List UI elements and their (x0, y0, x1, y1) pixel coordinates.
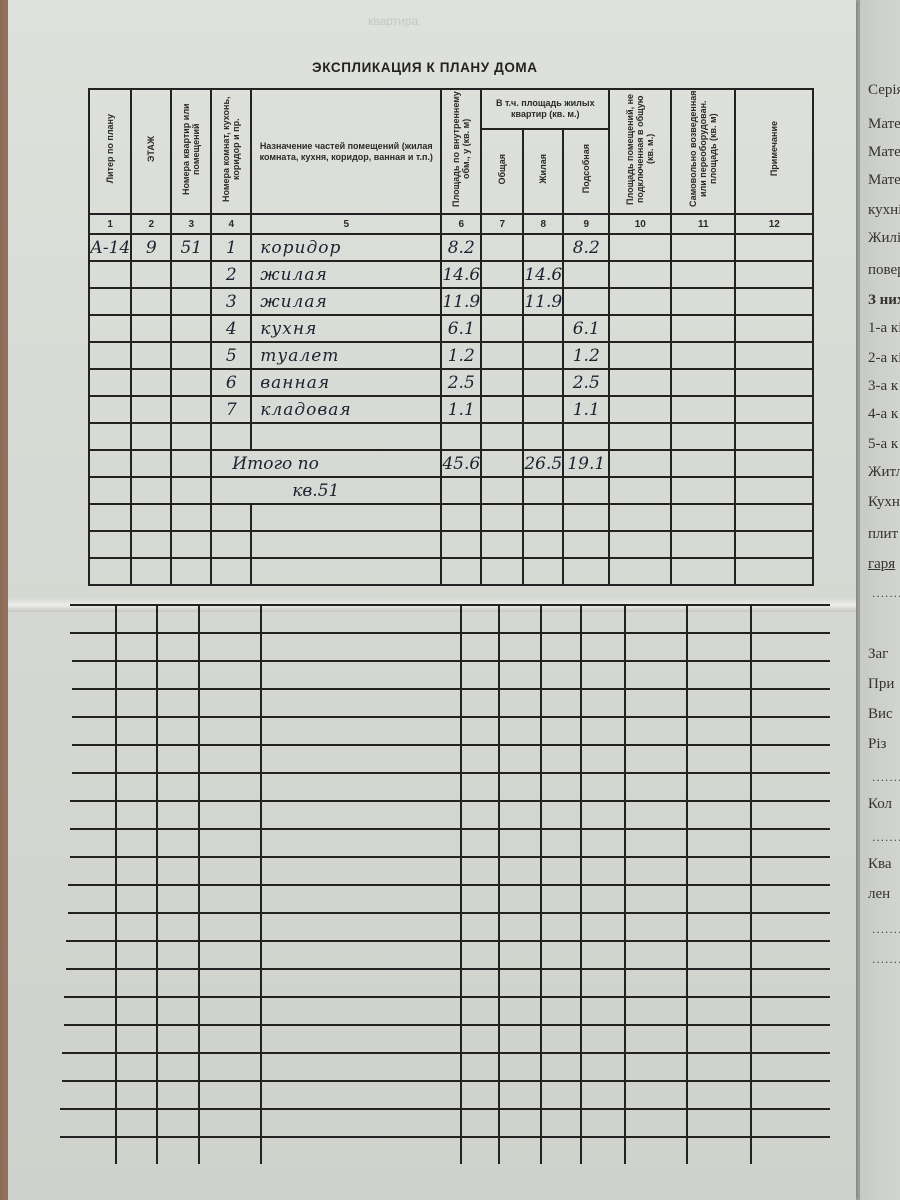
explication-table: Литер по плану ЭТАЖ Номера квартир или п… (88, 88, 814, 586)
table-row: 3 жилая11.911.9 (89, 288, 813, 315)
total-living: 26.5 (523, 450, 563, 477)
page-title: ЭКСПЛИКАЦИЯ К ПЛАНУ ДОМА (312, 60, 538, 75)
col-header-area: Площадь по внутреннему обм., у (кв. м) (441, 89, 481, 214)
lower-grid (60, 604, 830, 1164)
table-row: 5 туалет1.2 1.2 (89, 342, 813, 369)
table-row: А-149511 коридор8.2 8.2 (89, 234, 813, 261)
table-row: 6 ванная2.5 2.5 (89, 369, 813, 396)
total-label: Итого по (211, 450, 441, 477)
col-header-unauthorized: Самовольно возведенная или переоборудова… (671, 89, 735, 214)
total-label-apartment: кв.51 (211, 477, 441, 504)
table-row: 2 жилая14.614.6 (89, 261, 813, 288)
col-header-litera: Литер по плану (89, 89, 131, 214)
right-page-edge: Серія Матері Матері Матері кухні Жилі по… (858, 0, 900, 1200)
col-header-note: Примечание (735, 89, 813, 214)
column-numbers-row: 1234 5678 9101112 (89, 214, 813, 234)
col-header-total: Общая (481, 129, 523, 214)
col-header-room: Номера комнат, кухонь, коридор и пр. (211, 89, 251, 214)
total-row-2: кв.51 (89, 477, 813, 504)
table-row: 4 кухня6.1 6.1 (89, 315, 813, 342)
col-header-floor: ЭТАЖ (131, 89, 171, 214)
col-header-living: Жилая (523, 129, 563, 214)
faded-header: квартира (368, 14, 418, 28)
total-area: 45.6 (441, 450, 481, 477)
empty-row (89, 423, 813, 450)
col-header-group: В т.ч. площадь жилых квартир (кв. м.) (481, 89, 609, 129)
col-header-aux: Подсобная (563, 129, 609, 214)
col-header-apartment: Номера квартир или помещений (171, 89, 211, 214)
col-header-purpose: Назначение частей помещений (жилая комна… (251, 89, 441, 214)
total-row: Итого по 45.626.5 19.1 (89, 450, 813, 477)
total-aux: 19.1 (563, 450, 609, 477)
table-row: 7 кладовая1.1 1.1 (89, 396, 813, 423)
col-header-not-included: Площадь помещений, не подключенная в общ… (609, 89, 671, 214)
